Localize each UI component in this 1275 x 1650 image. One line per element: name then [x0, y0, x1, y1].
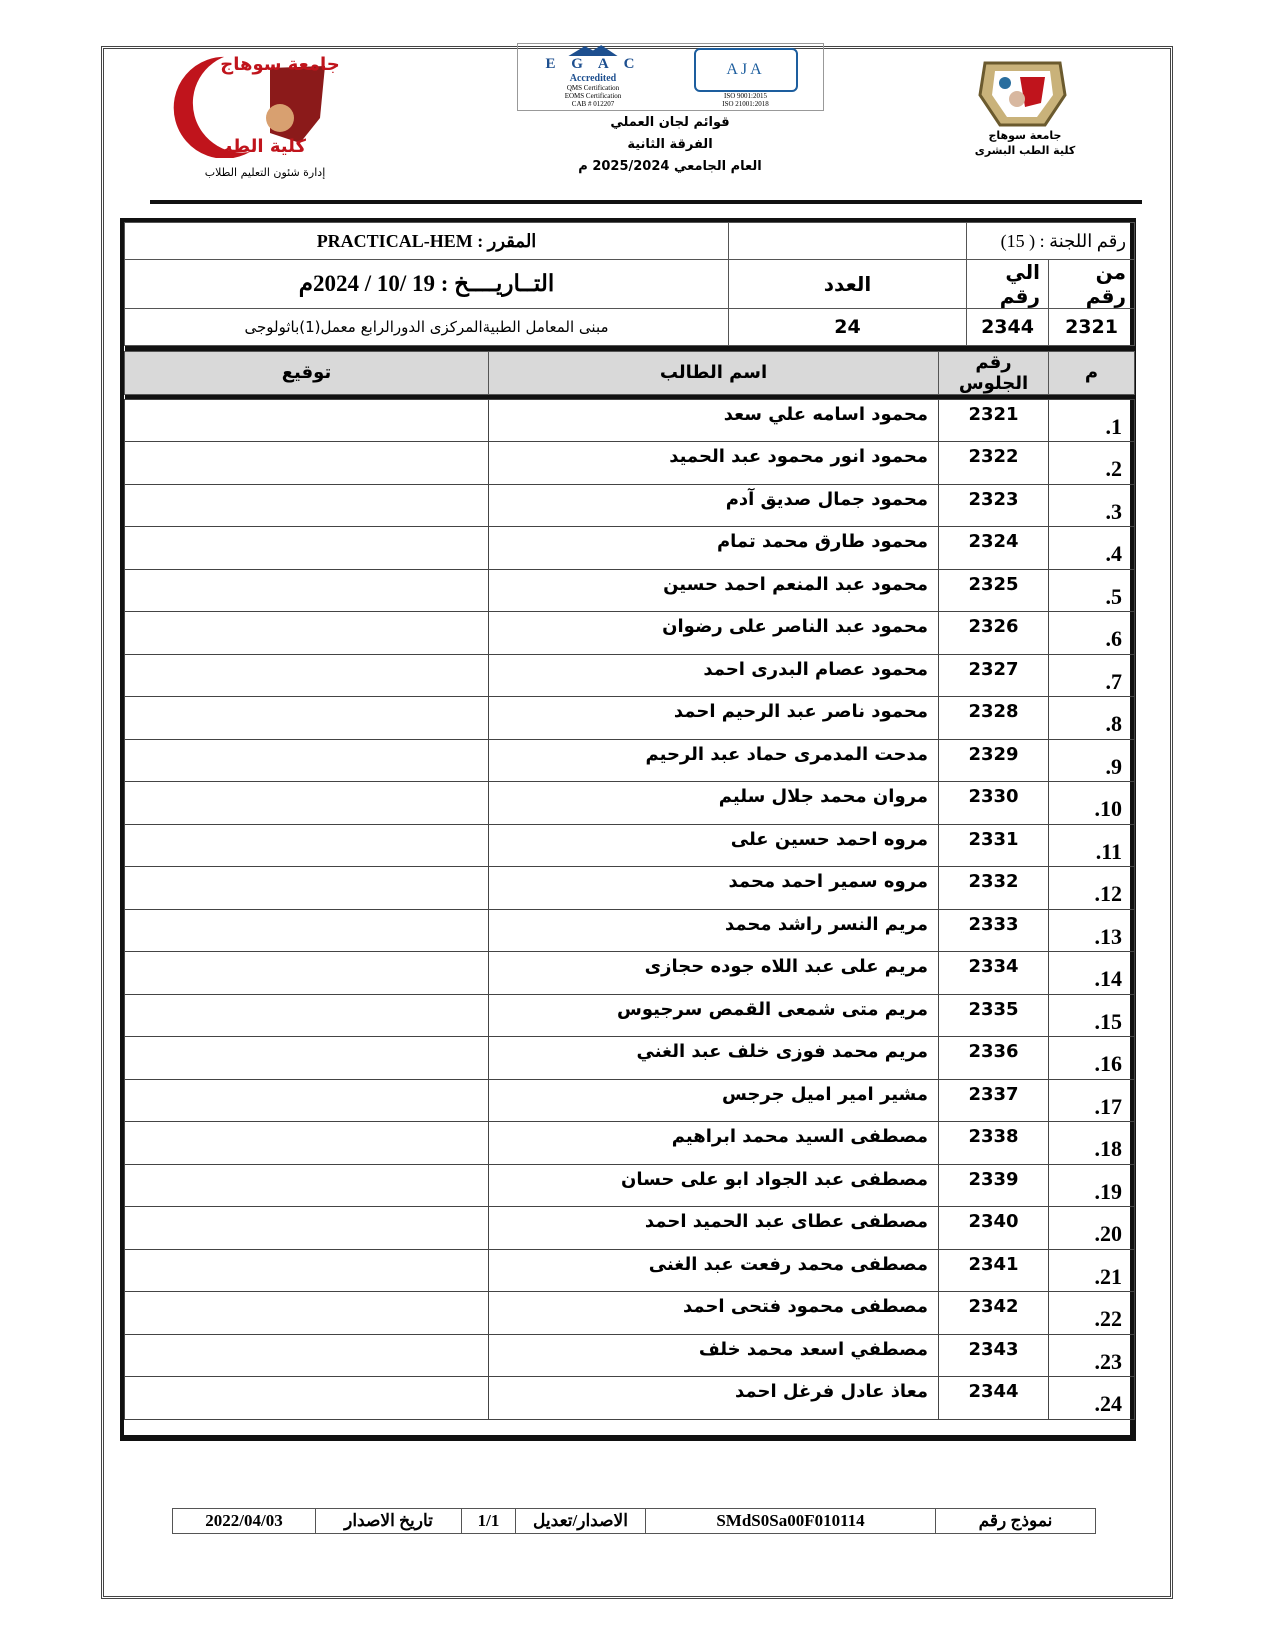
certification-logos: E G A C Accredited QMS Certification EOM…: [517, 43, 824, 111]
faculty-of-medicine-logo: جامعة سوهاج كلية الطب: [160, 48, 350, 158]
seat-number: 2330: [939, 782, 1049, 825]
exam-location: مبنى المعامل الطبيةالمركزى الدورالرابع م…: [125, 309, 729, 346]
issue-date-label: تاريخ الاصدار: [315, 1509, 461, 1533]
row-index: 4.: [1049, 527, 1135, 570]
seat-number: 2338: [939, 1122, 1049, 1165]
seat-number: 2326: [939, 612, 1049, 655]
student-name: مشير امير اميل جرجس: [489, 1079, 939, 1122]
signature-cell[interactable]: [125, 1292, 489, 1335]
row-index: 21.: [1049, 1249, 1135, 1292]
student-affairs-caption: إدارة شئون التعليم الطلاب: [180, 166, 350, 179]
aja-logo: AJA ISO 9001:2015 ISO 21001:2018: [668, 44, 823, 110]
seat-number: 2331: [939, 824, 1049, 867]
row-index: 8.: [1049, 697, 1135, 740]
table-row: 6.2326محمود عبد الناصر على رضوان: [125, 612, 1135, 655]
row-index: 24.: [1049, 1377, 1135, 1420]
seat-number: 2327: [939, 654, 1049, 697]
student-name: مريم متى شمعى القمص سرجيوس: [489, 994, 939, 1037]
from-value: 2321: [1049, 309, 1135, 346]
student-name: محمود اسامه علي سعد: [489, 399, 939, 442]
row-index: 3.: [1049, 484, 1135, 527]
row-index: 18.: [1049, 1122, 1135, 1165]
signature-cell[interactable]: [125, 399, 489, 442]
student-name: محمود جمال صديق آدم: [489, 484, 939, 527]
table-row: 9.2329مدحت المدمرى حماد عبد الرحيم: [125, 739, 1135, 782]
university-caption: جامعة سوهاج كلية الطب البشرى: [960, 128, 1090, 158]
signature-cell[interactable]: [125, 654, 489, 697]
student-name: محمود ناصر عبد الرحيم احمد: [489, 697, 939, 740]
mountain-icon: [548, 44, 638, 56]
header-divider: [150, 200, 1142, 204]
sohag-university-seal: [975, 55, 1070, 130]
table-row: 10.2330مروان محمد جلال سليم: [125, 782, 1135, 825]
student-name: محمود انور محمود عبد الحميد: [489, 442, 939, 485]
count-label: العدد: [729, 260, 967, 309]
table-row: 11.2331مروه احمد حسين على: [125, 824, 1135, 867]
form-number-value: SMdS0Sa00F010114: [645, 1509, 935, 1533]
student-name: محمود عبد الناصر على رضوان: [489, 612, 939, 655]
table-row: 7.2327محمود عصام البدرى احمد: [125, 654, 1135, 697]
table-row: 2.2322محمود انور محمود عبد الحميد: [125, 442, 1135, 485]
row-index: 20.: [1049, 1207, 1135, 1250]
table-row: 23.2343مصطفي اسعد محمد خلف: [125, 1334, 1135, 1377]
row-index: 17.: [1049, 1079, 1135, 1122]
from-label: من رقم: [1049, 260, 1135, 309]
student-name: مريم النسر راشد محمد: [489, 909, 939, 952]
blank-cell: [729, 223, 967, 260]
row-index: 15.: [1049, 994, 1135, 1037]
seat-number: 2336: [939, 1037, 1049, 1080]
row-index: 14.: [1049, 952, 1135, 995]
seat-number: 2321: [939, 399, 1049, 442]
table-row: 16.2336مريم محمد فوزى خلف عبد الغني: [125, 1037, 1135, 1080]
row-index: 5.: [1049, 569, 1135, 612]
signature-cell[interactable]: [125, 612, 489, 655]
seat-number: 2329: [939, 739, 1049, 782]
table-row: 8.2328محمود ناصر عبد الرحيم احمد: [125, 697, 1135, 740]
info-table: رقم اللجنة : ( 15) المقرر : PRACTICAL-HE…: [124, 222, 1135, 351]
table-row: 21.2341مصطفى محمد رفعت عبد الغنى: [125, 1249, 1135, 1292]
signature-cell[interactable]: [125, 867, 489, 910]
to-label: الي رقم: [967, 260, 1049, 309]
table-header-row: م رقم الجلوس اسم الطالب توقيع: [125, 351, 1135, 394]
svg-text:كلية الطب: كلية الطب: [214, 136, 306, 157]
form-footer: نموذج رقم SMdS0Sa00F010114 الاصدار/تعديل…: [172, 1508, 1096, 1534]
signature-cell[interactable]: [125, 1334, 489, 1377]
student-name: مصطفى عبد الجواد ابو على حسان: [489, 1164, 939, 1207]
course-name: المقرر : PRACTICAL-HEM: [125, 223, 729, 260]
row-index: 19.: [1049, 1164, 1135, 1207]
signature-cell[interactable]: [125, 1164, 489, 1207]
table-row: 4.2324محمود طارق محمد تمام: [125, 527, 1135, 570]
form-number-label: نموذج رقم: [935, 1509, 1095, 1533]
student-name: محمود طارق محمد تمام: [489, 527, 939, 570]
signature-cell[interactable]: [125, 824, 489, 867]
seat-number: 2325: [939, 569, 1049, 612]
student-name: محمود عصام البدرى احمد: [489, 654, 939, 697]
seat-number: 2343: [939, 1334, 1049, 1377]
signature-cell[interactable]: [125, 569, 489, 612]
student-name: مصطفى محمود فتحى احمد: [489, 1292, 939, 1335]
table-row: 24.2344معاذ عادل فرغل احمد: [125, 1377, 1135, 1420]
header-index: م: [1049, 351, 1135, 394]
signature-cell[interactable]: [125, 1377, 489, 1420]
seat-number: 2334: [939, 952, 1049, 995]
table-row: 1.2321محمود اسامه علي سعد: [125, 399, 1135, 442]
egac-logo: E G A C Accredited QMS Certification EOM…: [518, 44, 668, 110]
seat-number: 2332: [939, 867, 1049, 910]
table-row: 17.2337مشير امير اميل جرجس: [125, 1079, 1135, 1122]
signature-cell[interactable]: [125, 994, 489, 1037]
student-name: مروان محمد جلال سليم: [489, 782, 939, 825]
issue-date-value: 2022/04/03: [173, 1509, 315, 1533]
row-index: 9.: [1049, 739, 1135, 782]
row-index: 1.: [1049, 399, 1135, 442]
seat-number: 2333: [939, 909, 1049, 952]
signature-cell[interactable]: [125, 952, 489, 995]
signature-cell[interactable]: [125, 1207, 489, 1250]
student-name: محمود عبد المنعم احمد حسين: [489, 569, 939, 612]
table-row: 5.2325محمود عبد المنعم احمد حسين: [125, 569, 1135, 612]
student-name: مروه سمير احمد محمد: [489, 867, 939, 910]
table-row: 14.2334مريم على عبد اللاه جوده حجازى: [125, 952, 1135, 995]
seat-number: 2324: [939, 527, 1049, 570]
student-name: مروه احمد حسين على: [489, 824, 939, 867]
seat-number: 2337: [939, 1079, 1049, 1122]
seat-number: 2339: [939, 1164, 1049, 1207]
table-row: 12.2332مروه سمير احمد محمد: [125, 867, 1135, 910]
table-row: 20.2340مصطفى عطاى عبد الحميد احمد: [125, 1207, 1135, 1250]
signature-cell[interactable]: [125, 1037, 489, 1080]
version-value: 1/1: [461, 1509, 515, 1533]
student-name: مريم على عبد اللاه جوده حجازى: [489, 952, 939, 995]
signature-cell[interactable]: [125, 1079, 489, 1122]
table-row: 18.2338مصطفى السيد محمد ابراهيم: [125, 1122, 1135, 1165]
seat-number: 2344: [939, 1377, 1049, 1420]
student-name: مصطفى السيد محمد ابراهيم: [489, 1122, 939, 1165]
committee-number: رقم اللجنة : ( 15): [967, 223, 1135, 260]
row-index: 13.: [1049, 909, 1135, 952]
signature-cell[interactable]: [125, 527, 489, 570]
row-index: 16.: [1049, 1037, 1135, 1080]
seat-number: 2341: [939, 1249, 1049, 1292]
count-value: 24: [729, 309, 967, 346]
row-index: 23.: [1049, 1334, 1135, 1377]
signature-cell[interactable]: [125, 739, 489, 782]
student-name: مصطفى عطاى عبد الحميد احمد: [489, 1207, 939, 1250]
student-name: معاذ عادل فرغل احمد: [489, 1377, 939, 1420]
student-name: مصطفي اسعد محمد خلف: [489, 1334, 939, 1377]
committee-sheet: رقم اللجنة : ( 15) المقرر : PRACTICAL-HE…: [120, 218, 1136, 1441]
seat-number: 2335: [939, 994, 1049, 1037]
row-index: 22.: [1049, 1292, 1135, 1335]
table-row: 13.2333مريم النسر راشد محمد: [125, 909, 1135, 952]
signature-cell[interactable]: [125, 442, 489, 485]
header-student-name: اسم الطالب: [489, 351, 939, 394]
table-row: 22.2342مصطفى محمود فتحى احمد: [125, 1292, 1135, 1335]
seat-number: 2323: [939, 484, 1049, 527]
student-name: مريم محمد فوزى خلف عبد الغني: [489, 1037, 939, 1080]
seat-number: 2342: [939, 1292, 1049, 1335]
table-row: 15.2335مريم متى شمعى القمص سرجيوس: [125, 994, 1135, 1037]
signature-cell[interactable]: [125, 697, 489, 740]
document-title: قوائم لجان العملي الفرقة الثانية العام ا…: [520, 112, 820, 178]
signature-cell[interactable]: [125, 1122, 489, 1165]
row-index: 11.: [1049, 824, 1135, 867]
row-index: 12.: [1049, 867, 1135, 910]
seat-number: 2322: [939, 442, 1049, 485]
row-index: 2.: [1049, 442, 1135, 485]
svg-text:جامعة سوهاج: جامعة سوهاج: [220, 54, 339, 75]
students-table: م رقم الجلوس اسم الطالب توقيع 1.2321محمو…: [124, 351, 1135, 1420]
signature-cell[interactable]: [125, 782, 489, 825]
table-row: 3.2323محمود جمال صديق آدم: [125, 484, 1135, 527]
to-value: 2344: [967, 309, 1049, 346]
header-seat-number: رقم الجلوس: [939, 351, 1049, 394]
row-index: 6.: [1049, 612, 1135, 655]
signature-cell[interactable]: [125, 1249, 489, 1292]
version-label: الاصدار/تعديل: [515, 1509, 645, 1533]
row-index: 7.: [1049, 654, 1135, 697]
seat-number: 2340: [939, 1207, 1049, 1250]
table-row: 19.2339مصطفى عبد الجواد ابو على حسان: [125, 1164, 1135, 1207]
header-signature: توقيع: [125, 351, 489, 394]
student-name: مدحت المدمرى حماد عبد الرحيم: [489, 739, 939, 782]
signature-cell[interactable]: [125, 909, 489, 952]
globe-icon: AJA: [694, 48, 798, 92]
signature-cell[interactable]: [125, 484, 489, 527]
row-index: 10.: [1049, 782, 1135, 825]
seat-number: 2328: [939, 697, 1049, 740]
student-name: مصطفى محمد رفعت عبد الغنى: [489, 1249, 939, 1292]
exam-date: التــاريــــخ : 19 /10 / 2024م: [125, 260, 729, 309]
